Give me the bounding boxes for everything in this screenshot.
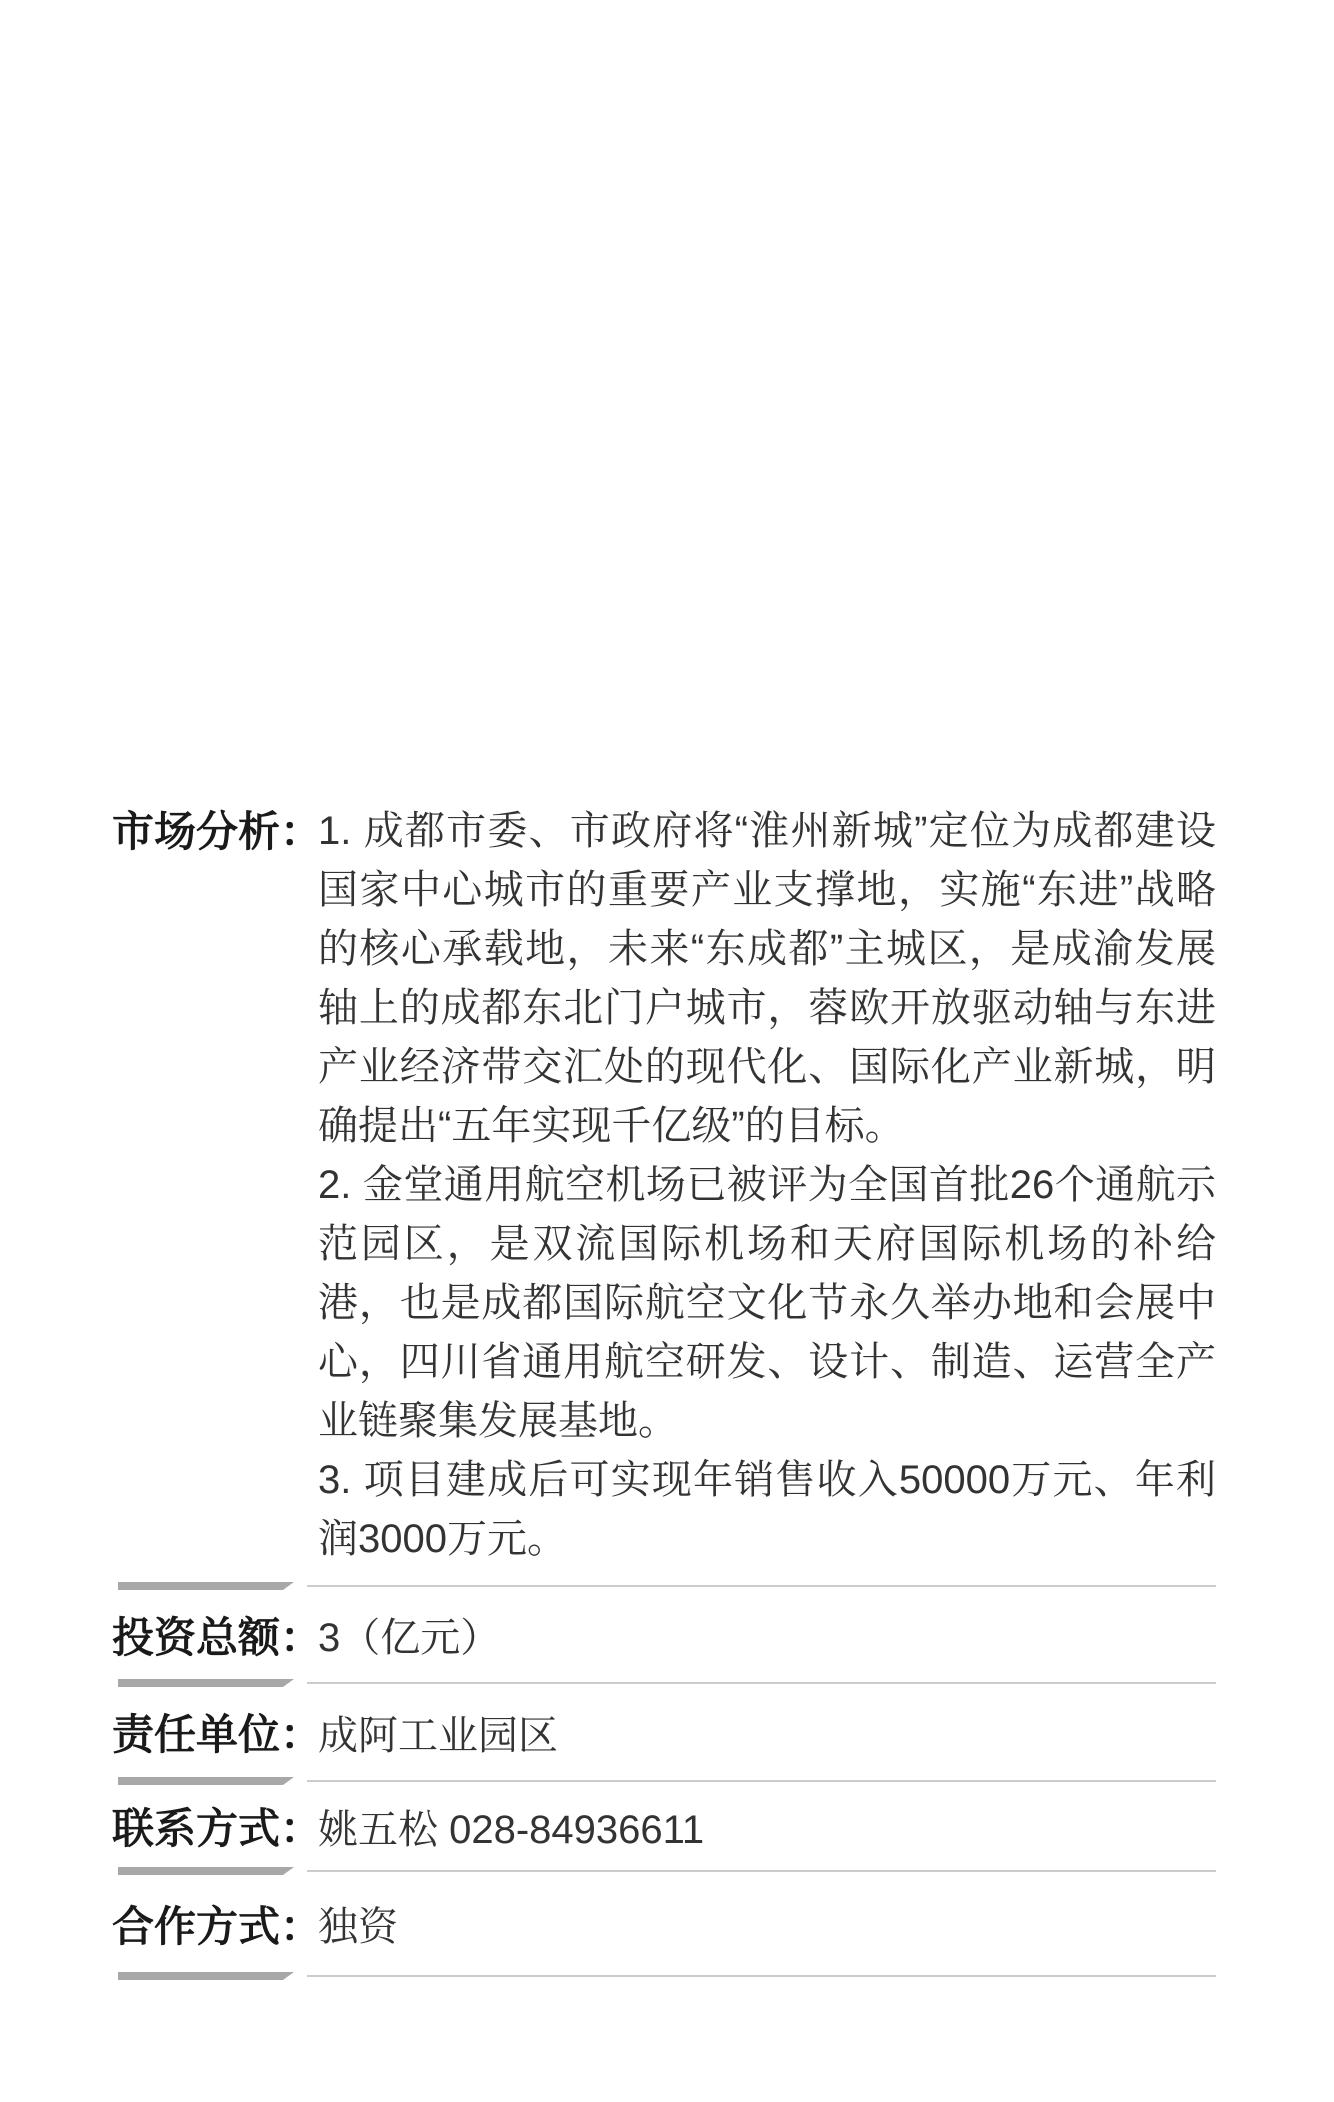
divider-accent-bar xyxy=(118,1972,294,1980)
field-value: 独资 xyxy=(318,1895,1216,1952)
section-divider xyxy=(112,1867,1216,1875)
divider-rule-line xyxy=(307,1975,1216,1977)
field-value: 3（亿元） xyxy=(318,1606,1216,1663)
field-row-cooperation-mode: 合作方式： 独资 xyxy=(112,1875,1216,1972)
field-label: 联系方式： xyxy=(112,1796,318,1856)
field-label: 合作方式： xyxy=(112,1894,318,1954)
divider-rule-line xyxy=(307,1870,1216,1872)
field-value: 姚五松 028-84936611 xyxy=(318,1798,1216,1855)
section-divider xyxy=(112,1582,1216,1590)
divider-rule-line xyxy=(307,1585,1216,1587)
field-value: 成阿工业园区 xyxy=(318,1704,1216,1761)
market-analysis-item-2: 2. 金堂通用航空机场已被评为全国首批26个通航示范园区，是双流国际机场和天府国… xyxy=(318,1156,1216,1451)
document-page: 市场分析： 1. 成都市委、市政府将“淮州新城”定位为成都建设国家中心城市的重要… xyxy=(0,0,1334,2102)
divider-accent-bar xyxy=(118,1679,294,1687)
market-analysis-label: 市场分析： xyxy=(112,802,318,861)
divider-accent-bar xyxy=(118,1582,294,1590)
field-label: 投资总额： xyxy=(112,1605,318,1665)
divider-accent-bar xyxy=(118,1777,294,1785)
divider-rule-line xyxy=(307,1682,1216,1684)
market-analysis-item-1: 1. 成都市委、市政府将“淮州新城”定位为成都建设国家中心城市的重要产业支撑地，… xyxy=(318,802,1216,1156)
field-row-responsible-unit: 责任单位： 成阿工业园区 xyxy=(112,1687,1216,1777)
section-divider xyxy=(112,1972,1216,1980)
market-analysis-section: 市场分析： 1. 成都市委、市政府将“淮州新城”定位为成都建设国家中心城市的重要… xyxy=(112,802,1216,1569)
field-row-investment-total: 投资总额： 3（亿元） xyxy=(112,1590,1216,1679)
market-analysis-item-3: 3. 项目建成后可实现年销售收入50000万元、年利润3000万元。 xyxy=(318,1451,1216,1569)
field-label: 责任单位： xyxy=(112,1702,318,1762)
divider-accent-bar xyxy=(118,1867,294,1875)
divider-rule-line xyxy=(307,1780,1216,1782)
section-divider xyxy=(112,1679,1216,1687)
market-analysis-body: 1. 成都市委、市政府将“淮州新城”定位为成都建设国家中心城市的重要产业支撑地，… xyxy=(318,802,1216,1569)
section-divider xyxy=(112,1777,1216,1785)
field-row-contact-info: 联系方式： 姚五松 028-84936611 xyxy=(112,1785,1216,1867)
